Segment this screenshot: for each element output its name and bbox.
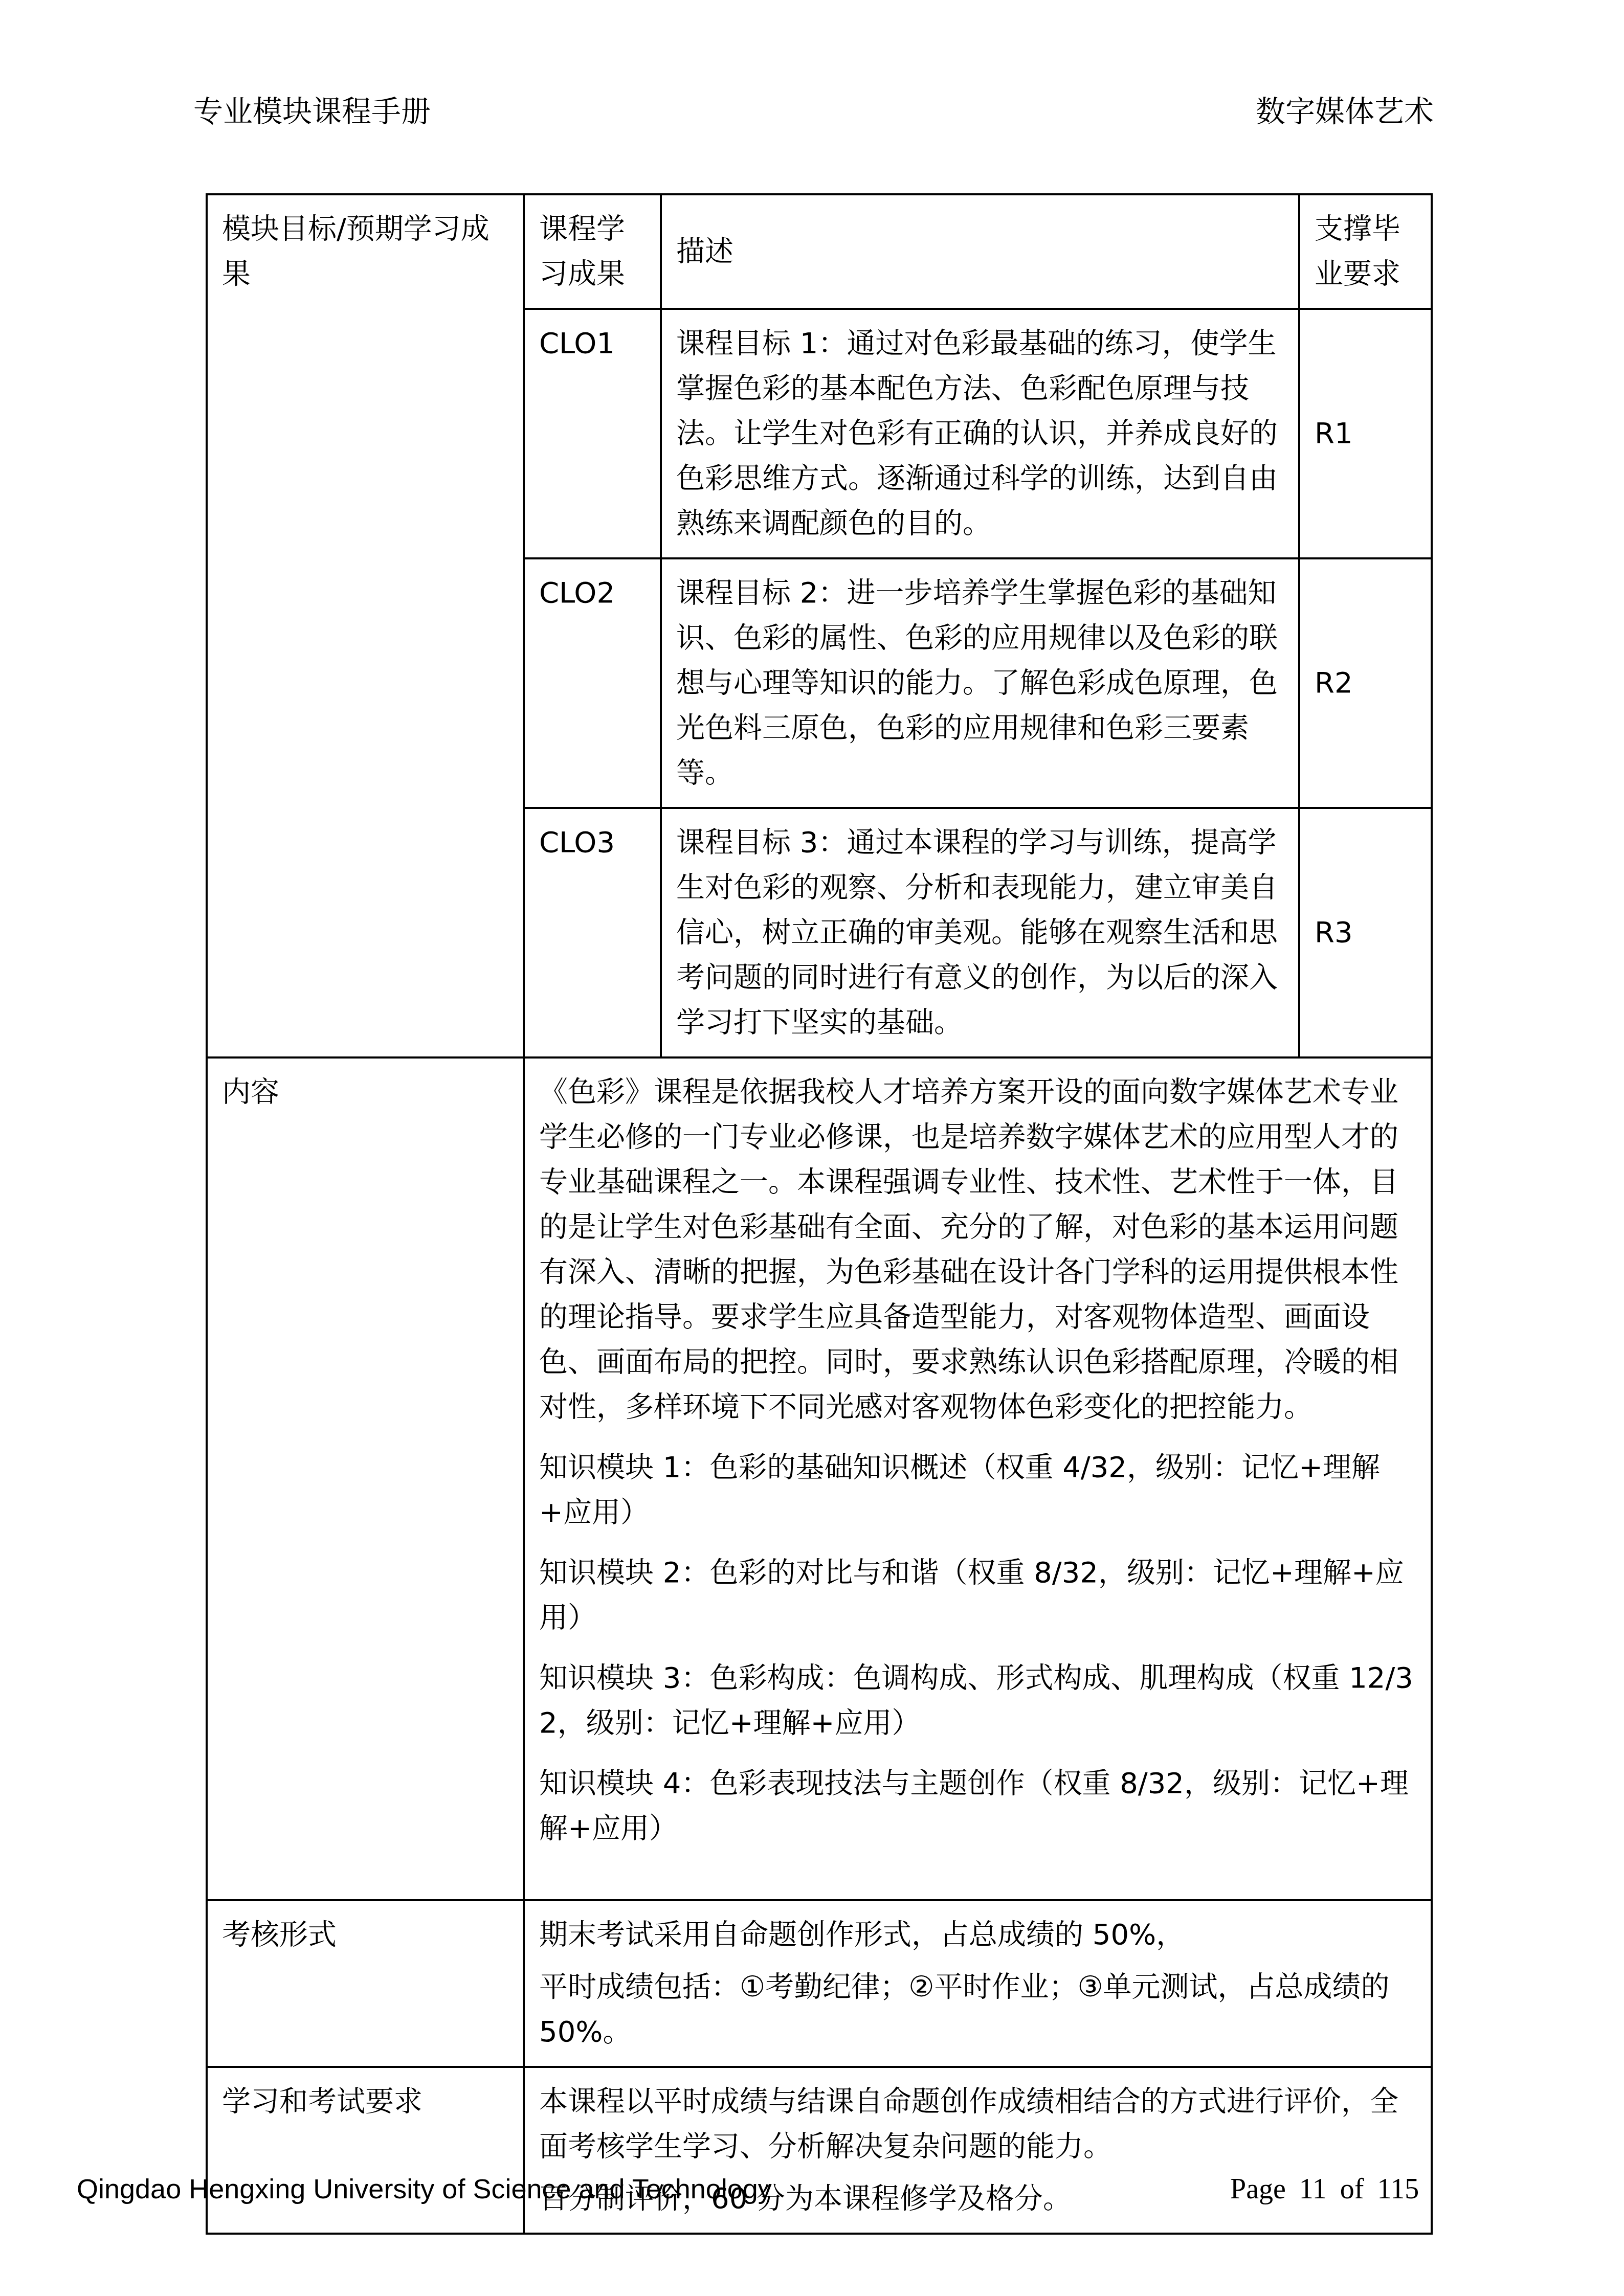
page-number: 11 (1299, 2173, 1327, 2205)
footer-page-indicator: Page 11 of 115 (1230, 2171, 1419, 2208)
requirements-evaluation: 本课程以平时成绩与结课自命题创作成绩相结合的方式进行评价，全面考核学生学习、分析… (539, 2079, 1416, 2169)
table-row-content: 内容 《色彩》课程是依据我校人才培养方案开设的面向数字媒体艺术专业学生必修的一门… (207, 1057, 1432, 1900)
assessment-label: 考核形式 (207, 1900, 524, 2067)
clo-id: CLO1 (524, 309, 661, 558)
table-header-row: 模块目标/预期学习成果 课程学习成果 描述 支撑毕业要求 (207, 194, 1432, 309)
table-row-requirements: 学习和考试要求 本课程以平时成绩与结课自命题创作成绩相结合的方式进行评价，全面考… (207, 2067, 1432, 2234)
content-body: 《色彩》课程是依据我校人才培养方案开设的面向数字媒体艺术专业学生必修的一门专业必… (524, 1057, 1432, 1900)
assessment-body: 期末考试采用自命题创作形式，占总成绩的 50%， 平时成绩包括：①考勤纪律；②平… (524, 1900, 1432, 2067)
page-label: Page (1230, 2173, 1286, 2205)
module-table: 模块目标/预期学习成果 课程学习成果 描述 支撑毕业要求 CLO1 课程目标 1… (206, 193, 1433, 2235)
clo-id: CLO2 (524, 558, 661, 808)
clo-id: CLO3 (524, 808, 661, 1057)
header-program-name: 数字媒体艺术 (1256, 91, 1434, 132)
clo-description: 课程目标 3：通过本课程的学习与训练，提高学生对色彩的观察、分析和表现能力，建立… (661, 808, 1299, 1057)
knowledge-module-2: 知识模块 2：色彩的对比与和谐（权重 8/32，级别：记忆+理解+应用） (539, 1550, 1416, 1640)
assessment-regular-grade: 平时成绩包括：①考勤纪律；②平时作业；③单元测试，占总成绩的 50%。 (539, 1965, 1416, 2055)
knowledge-module-1: 知识模块 1：色彩的基础知识概述（权重 4/32，级别：记忆+理解+应用） (539, 1445, 1416, 1535)
header-handbook-title: 专业模块课程手册 (193, 91, 431, 132)
of-label: of (1340, 2173, 1364, 2205)
graduation-requirement-column-header: 支撑毕业要求 (1299, 194, 1432, 309)
graduation-requirement: R2 (1299, 558, 1432, 808)
total-pages: 115 (1377, 2173, 1419, 2205)
module-objectives-label: 模块目标/预期学习成果 (207, 194, 524, 1057)
table-row-assessment: 考核形式 期末考试采用自命题创作形式，占总成绩的 50%， 平时成绩包括：①考勤… (207, 1900, 1432, 2067)
assessment-final-exam: 期末考试采用自命题创作形式，占总成绩的 50%， (539, 1912, 1416, 1957)
clo-description: 课程目标 2：进一步培养学生掌握色彩的基础知识、色彩的属性、色彩的应用规律以及色… (661, 558, 1299, 808)
requirements-label: 学习和考试要求 (207, 2067, 524, 2234)
graduation-requirement: R3 (1299, 808, 1432, 1057)
description-column-header: 描述 (661, 194, 1299, 309)
content-label: 内容 (207, 1057, 524, 1900)
clo-description: 课程目标 1：通过对色彩最基础的练习，使学生掌握色彩的基本配色方法、色彩配色原理… (661, 309, 1299, 558)
footer-university-name: Qingdao Hengxing University of Science a… (77, 2171, 772, 2208)
knowledge-module-3: 知识模块 3：色彩构成：色调构成、形式构成、肌理构成（权重 12/32，级别：记… (539, 1656, 1416, 1746)
clo-column-header: 课程学习成果 (524, 194, 661, 309)
graduation-requirement: R1 (1299, 309, 1432, 558)
content-intro: 《色彩》课程是依据我校人才培养方案开设的面向数字媒体艺术专业学生必修的一门专业必… (539, 1070, 1416, 1430)
knowledge-module-4: 知识模块 4：色彩表现技法与主题创作（权重 8/32，级别：记忆+理解+应用） (539, 1761, 1416, 1851)
requirements-body: 本课程以平时成绩与结课自命题创作成绩相结合的方式进行评价，全面考核学生学习、分析… (524, 2067, 1432, 2234)
